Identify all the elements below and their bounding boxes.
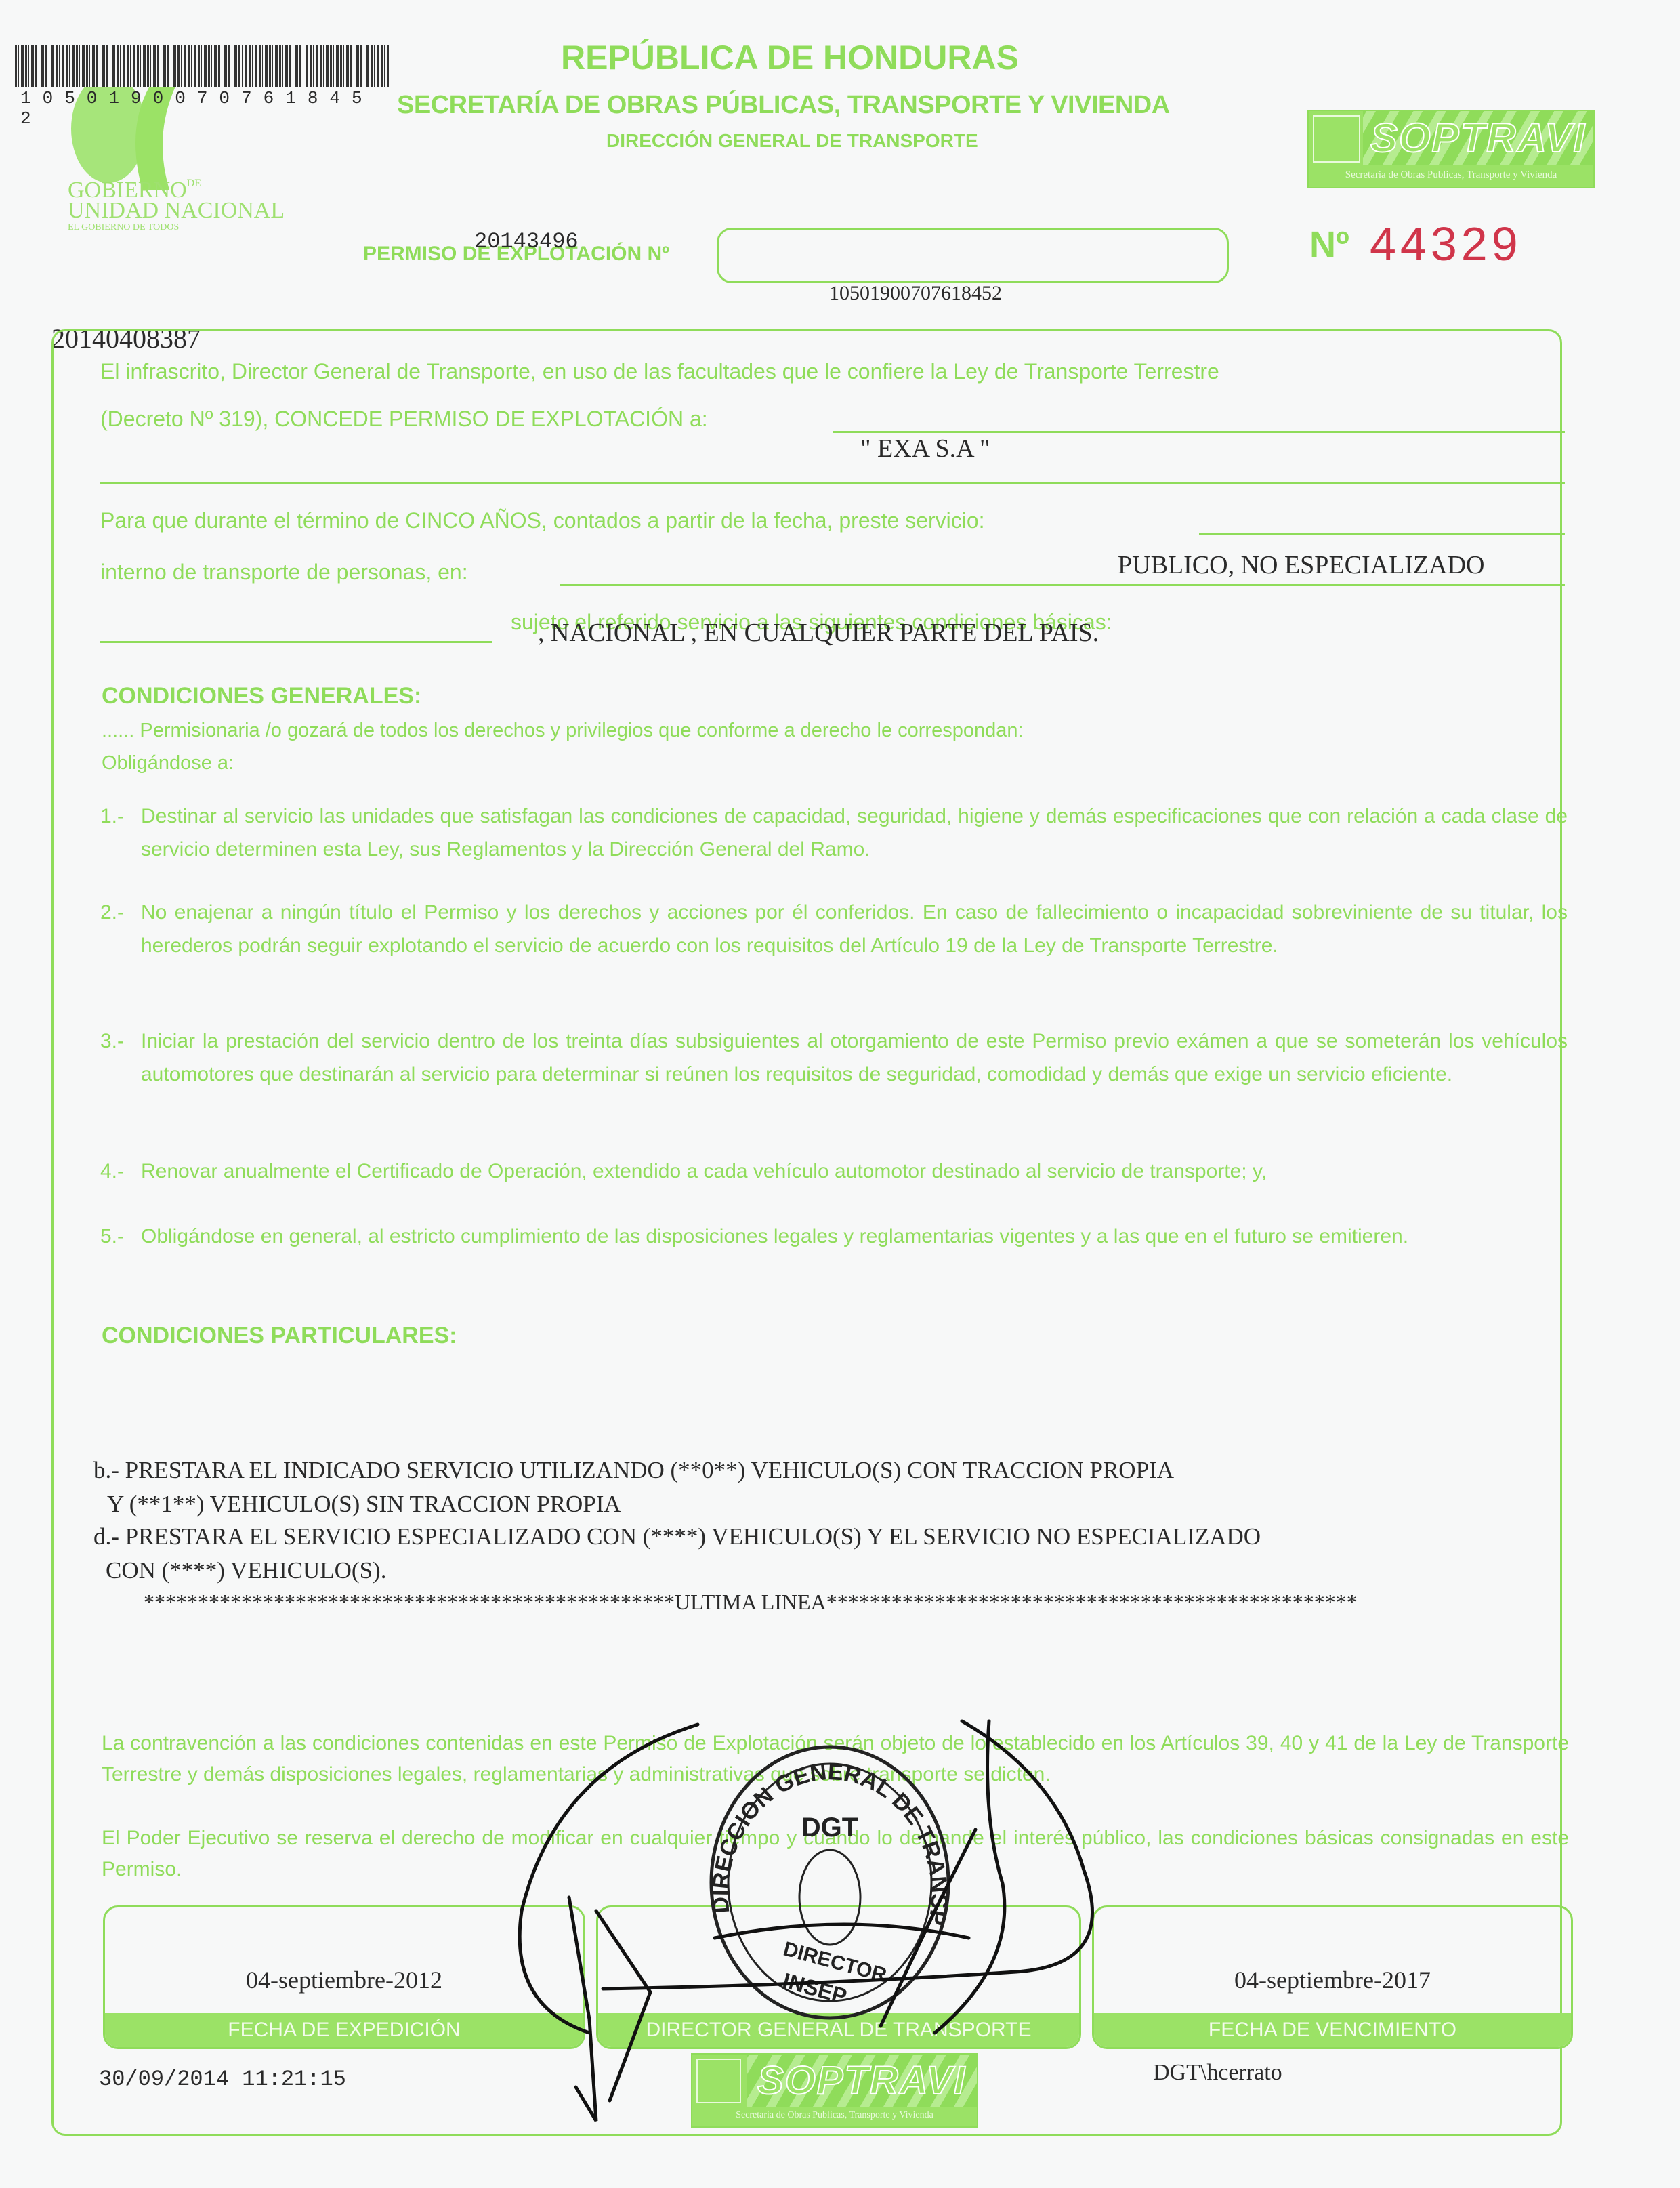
issue-date-box: 04-septiembre-2012 FECHA DE EXPEDICIÓN — [103, 1905, 585, 2049]
barcode-digits: 1050190070761845 2 — [20, 88, 386, 129]
condition-item: 5.-Obligándose en general, al estricto c… — [100, 1220, 1568, 1253]
general-conditions-title: CONDICIONES GENERALES: — [102, 683, 421, 709]
fill-line — [560, 584, 1565, 586]
government-logo-slogan: EL GOBIERNO DE TODOS — [68, 222, 179, 233]
service-type: PUBLICO, NO ESPECIALIZADO — [1118, 550, 1485, 580]
serial-label: Nº — [1309, 224, 1349, 266]
term-paragraph: Para que durante el término de CINCO AÑO… — [100, 508, 985, 533]
title-secretariat: SECRETARÍA DE OBRAS PÚBLICAS, TRANSPORTE… — [397, 91, 1170, 120]
condition-item: 3.-Iniciar la prestación del servicio de… — [100, 1025, 1568, 1091]
expiry-date: 04-septiembre-2017 — [1094, 1966, 1571, 1994]
last-line-marker: ****************************************… — [144, 1590, 1358, 1615]
general-conditions-intro: ...... Permisionaria /o gozará de todos … — [102, 720, 1024, 742]
print-timestamp: 30/09/2014 11:21:15 — [99, 2067, 346, 2092]
particular-condition-line: d.- PRESTARA EL SERVICIO ESPECIALIZADO C… — [93, 1523, 1261, 1550]
title-directorate: DIRECCIÓN GENERAL DE TRANSPORTE — [606, 130, 978, 152]
fill-line — [100, 482, 1565, 484]
service-paragraph: interno de transporte de personas, en: — [100, 560, 468, 585]
permit-number-field — [717, 228, 1229, 283]
director-signature-box: DIRECTOR GENERAL DE TRANSPORTE — [596, 1905, 1081, 2049]
condition-item: 2.-No enajenar a ningún título el Permis… — [100, 896, 1568, 962]
user-reference: DGT\hcerrato — [1153, 2060, 1282, 2086]
permit-typed-number: 20143496 — [474, 229, 579, 254]
government-logo-line2: UNIDAD NACIONAL — [68, 198, 285, 224]
particular-condition-line: CON (****) VEHICULO(S). — [106, 1557, 386, 1584]
soptravi-emblem-icon — [696, 2059, 741, 2103]
barcode — [15, 45, 389, 87]
expiry-date-label: FECHA DE VENCIMIENTO — [1094, 2013, 1571, 2047]
soptravi-emblem-icon — [1313, 115, 1360, 163]
grant-paragraph: (Decreto Nº 319), CONCEDE PERMISO DE EXP… — [100, 407, 708, 432]
expiry-date-box: 04-septiembre-2017 FECHA DE VENCIMIENTO — [1092, 1905, 1573, 2049]
title-republic: REPÚBLICA DE HONDURAS — [561, 38, 1019, 77]
director-label: DIRECTOR GENERAL DE TRANSPORTE — [598, 2013, 1079, 2047]
intro-paragraph: El infrascrito, Director General de Tran… — [100, 359, 1219, 384]
soptravi-logo: SOPTRAVI Secretaria de Obras Publicas, T… — [1307, 110, 1595, 188]
particular-condition-line: Y (**1**) VEHICULO(S) SIN TRACCION PROPI… — [107, 1491, 621, 1518]
soptravi-logo-footer: SOPTRAVI Secretaria de Obras Publicas, T… — [691, 2053, 978, 2128]
barcode-reference-number: 10501900707618452 — [829, 282, 1002, 305]
fill-line — [833, 431, 1565, 433]
serial-number: 44329 — [1370, 217, 1522, 271]
service-scope: , NACIONAL , EN CUALQUIER PARTE DEL PAIS… — [538, 618, 1099, 648]
particular-condition-line: b.- PRESTARA EL INDICADO SERVICIO UTILIZ… — [93, 1457, 1174, 1484]
issue-date: 04-septiembre-2012 — [105, 1966, 583, 1994]
particular-conditions-title: CONDICIONES PARTICULARES: — [102, 1323, 457, 1349]
general-conditions-obligation: Obligándose a: — [102, 752, 234, 775]
condition-item: 1.-Destinar al servicio las unidades que… — [100, 800, 1568, 866]
issue-date-label: FECHA DE EXPEDICIÓN — [105, 2013, 583, 2047]
executive-power-paragraph: El Poder Ejecutivo se reserva el derecho… — [102, 1823, 1569, 1885]
condition-item: 4.-Renovar anualmente el Certificado de … — [100, 1155, 1568, 1188]
fill-line — [1199, 533, 1565, 535]
grantee-name: " EXA S.A " — [860, 434, 990, 463]
fill-line — [100, 641, 492, 643]
contravention-paragraph: La contravención a las condiciones conte… — [102, 1728, 1569, 1790]
